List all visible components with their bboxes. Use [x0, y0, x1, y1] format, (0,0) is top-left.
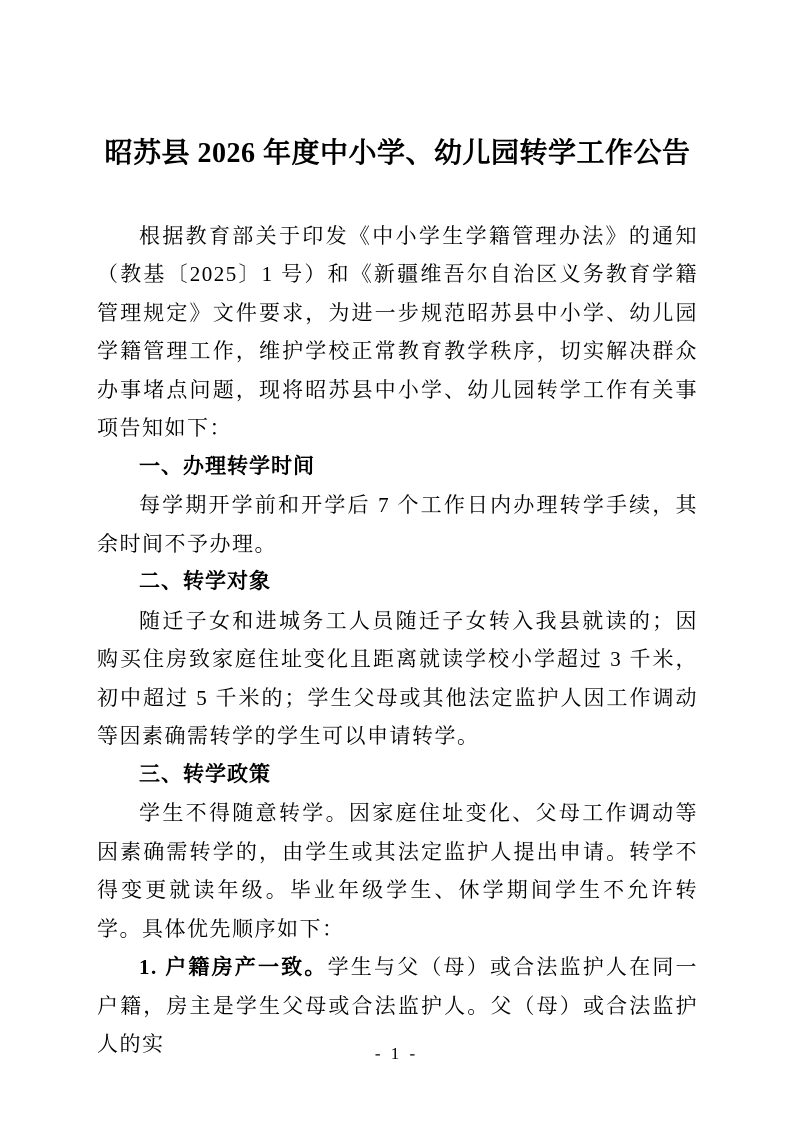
intro-paragraph: 根据教育部关于印发《中小学生学籍管理办法》的通知（教基〔2025〕1 号）和《新…: [97, 217, 698, 448]
document-title: 昭苏县 2026 年度中小学、幼儿园转学工作公告: [97, 134, 698, 175]
section-3-text: 学生不得随意转学。因家庭住址变化、父母工作调动等因素确需转学的，由学生或其法定监…: [97, 794, 698, 948]
section-3-heading: 三、转学政策: [97, 756, 698, 795]
section-1-text: 每学期开学前和开学后 7 个工作日内办理转学手续，其余时间不予办理。: [97, 486, 698, 563]
item-1-lead: 1. 户籍房产一致。: [139, 955, 328, 979]
document-page: 昭苏县 2026 年度中小学、幼儿园转学工作公告 根据教育部关于印发《中小学生学…: [0, 0, 793, 1122]
section-1-heading: 一、办理转学时间: [97, 448, 698, 487]
section-2-heading: 二、转学对象: [97, 563, 698, 602]
page-number: - 1 -: [0, 1044, 793, 1064]
section-2-text: 随迁子女和进城务工人员随迁子女转入我县就读的；因购买住房致家庭住址变化且距离就读…: [97, 602, 698, 756]
